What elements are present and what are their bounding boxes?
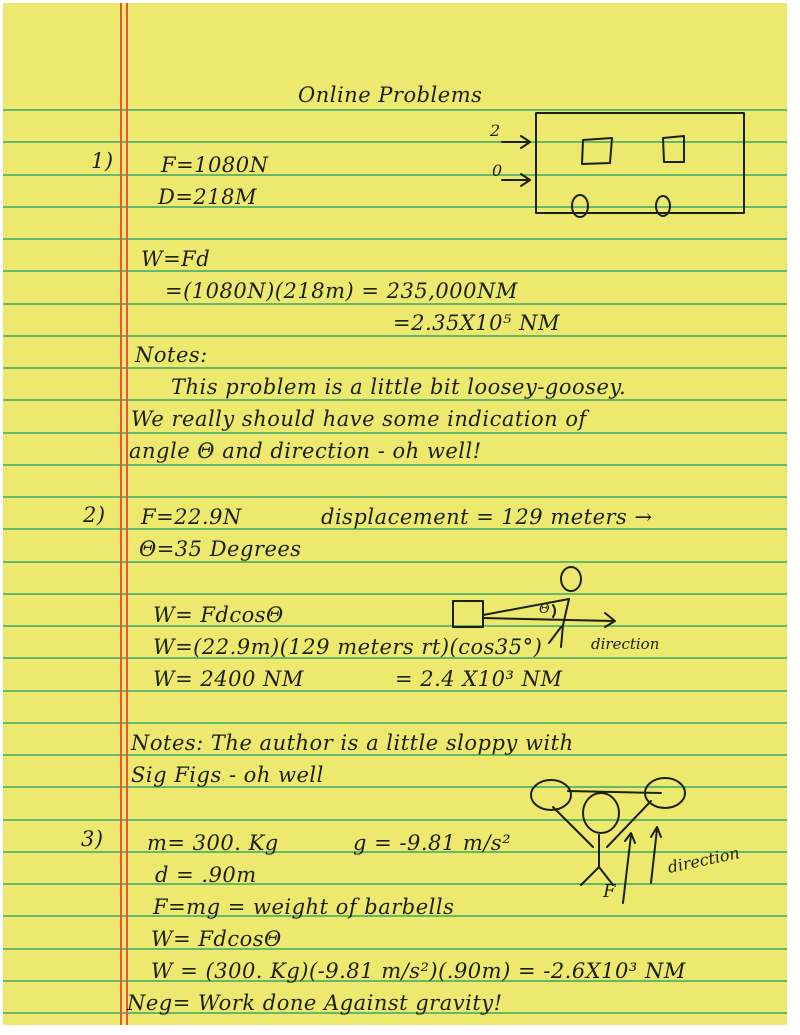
angle-theta-label: Θ bbox=[539, 602, 550, 617]
problem2-result: W= 2400 NM bbox=[153, 667, 304, 691]
problem1-calc: =(1080N)(218m) = 235,000NM bbox=[165, 279, 518, 303]
problem3-given-distance: d = .90m bbox=[155, 863, 257, 887]
problem3-given-mass: m= 300. Kg bbox=[147, 831, 279, 855]
problem3-formula: W= FdcosΘ bbox=[151, 927, 282, 951]
page-title: Online Problems bbox=[298, 83, 482, 107]
problem3-conclusion: Neg= Work done Against gravity! bbox=[127, 991, 503, 1015]
problem3-calc: W = (300. Kg)(-9.81 m/s²)(.90m) = -2.6X1… bbox=[151, 959, 686, 983]
margin-line-left bbox=[120, 3, 122, 1025]
margin-line-right bbox=[126, 3, 128, 1025]
problem1-notes-label: Notes: bbox=[135, 343, 208, 367]
problem2-given-displacement: displacement = 129 meters → bbox=[321, 505, 653, 529]
problem1-given-distance: D=218M bbox=[158, 185, 257, 209]
problem3-force-definition: F=mg = weight of barbells bbox=[153, 895, 454, 919]
problem1-formula: W=Fd bbox=[141, 247, 210, 271]
problem1-number: 1) bbox=[91, 149, 114, 173]
legal-pad-page: Online Problems 1) F=1080N D=218M 2 0 W=… bbox=[3, 3, 787, 1025]
problem3-number: 3) bbox=[81, 827, 104, 851]
problem2-calc: W=(22.9m)(129 meters rt)(cos35°) bbox=[153, 635, 542, 659]
problem2-result-sci: = 2.4 X10³ NM bbox=[395, 667, 563, 691]
problem3-lifter-diagram: F direction bbox=[523, 771, 763, 901]
problem1-diagram: 2 0 bbox=[488, 108, 748, 228]
problem1-result: =2.35X10⁵ NM bbox=[393, 311, 560, 335]
diagram-label-bottom: 0 bbox=[492, 161, 502, 180]
direction-label: direction bbox=[591, 635, 659, 653]
problem2-given-angle: Θ=35 Degrees bbox=[139, 537, 302, 561]
problem2-formula: W= FdcosΘ bbox=[153, 603, 284, 627]
problem2-note-line: Sig Figs - oh well bbox=[131, 763, 324, 787]
direction-label: direction bbox=[666, 843, 741, 877]
problem1-note-line: This problem is a little bit loosey-goos… bbox=[171, 375, 626, 399]
diagram-label-top: 2 bbox=[489, 121, 500, 140]
problem1-note-line: We really should have some indication of bbox=[131, 407, 587, 431]
problem3-given-gravity: g = -9.81 m/s² bbox=[353, 831, 511, 855]
problem2-given-force: F=22.9N bbox=[141, 505, 242, 529]
problem1-given-force: F=1080N bbox=[161, 153, 269, 177]
problem2-number: 2) bbox=[83, 503, 106, 527]
problem2-note-line: Notes: The author is a little sloppy wit… bbox=[131, 731, 574, 755]
force-label: F bbox=[602, 881, 617, 902]
problem1-note-line: angle Θ and direction - oh well! bbox=[129, 439, 482, 463]
